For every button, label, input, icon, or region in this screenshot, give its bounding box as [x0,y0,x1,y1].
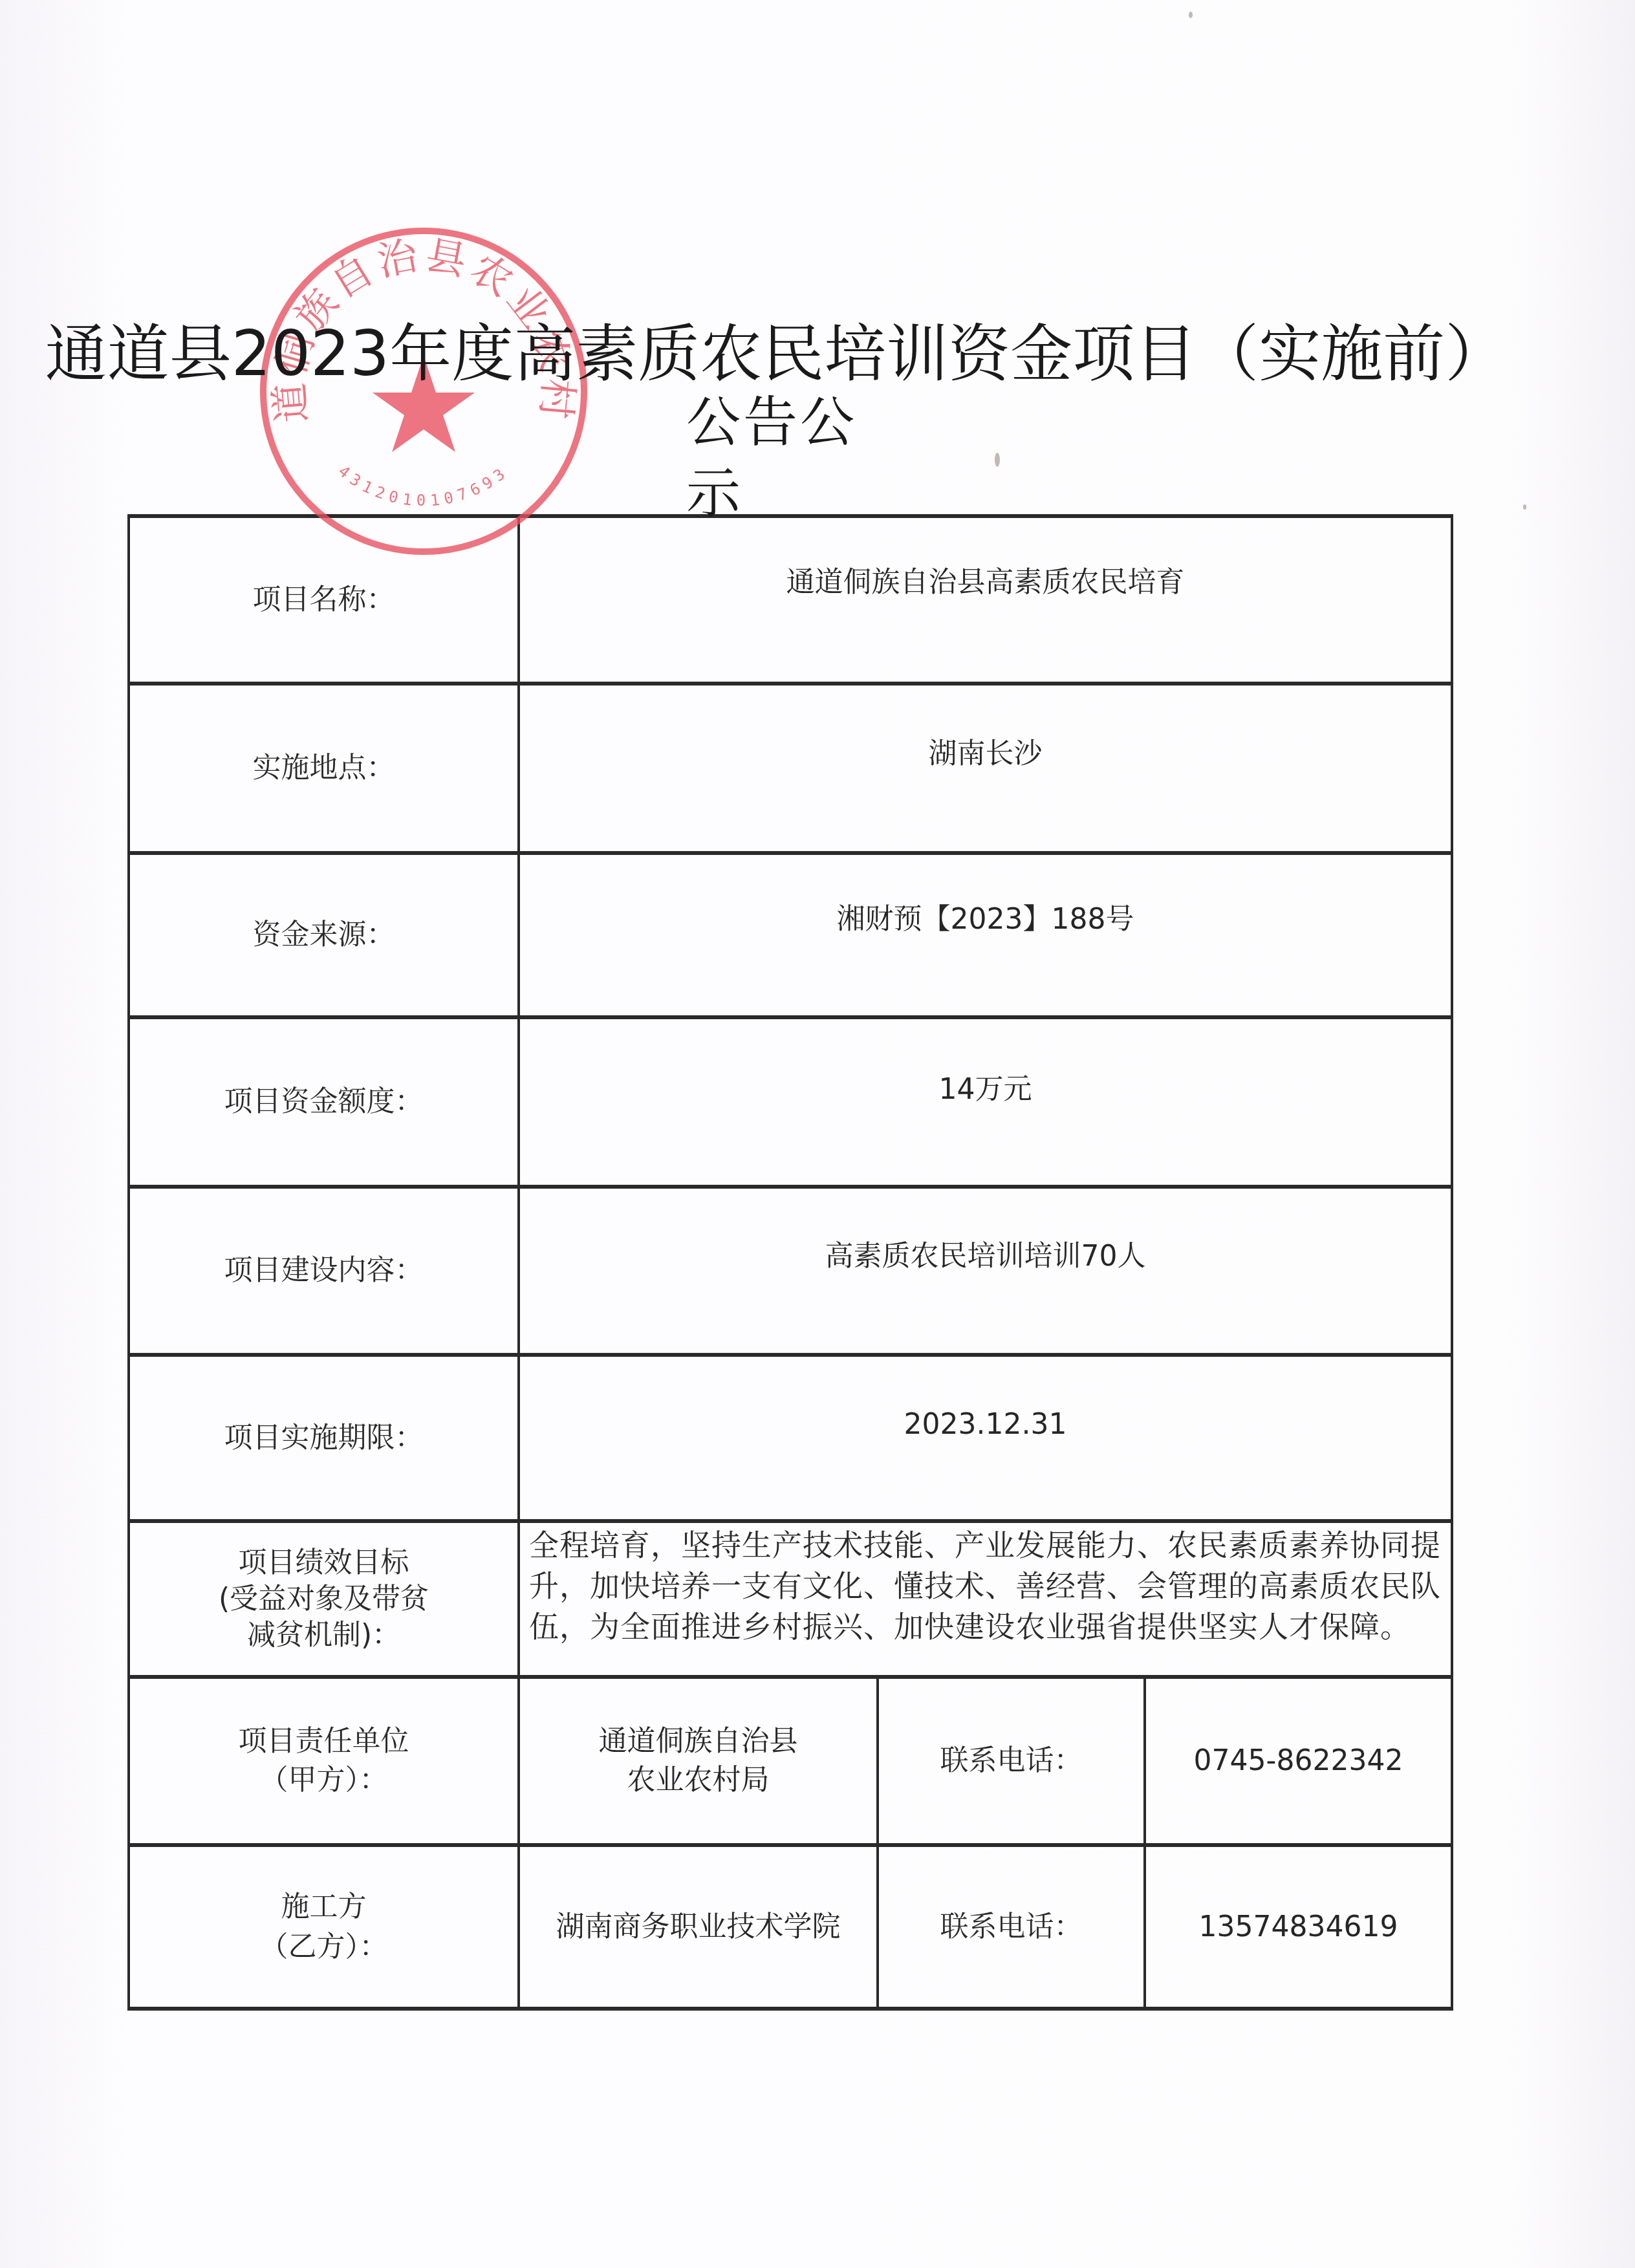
row-divider [127,682,1453,686]
table-border-left [127,514,130,2011]
document-title: 通道县2023年度高素质农民培训资金项目（实施前） [0,316,1552,392]
table-border-right [1451,514,1453,2011]
row-divider [127,1843,1453,1847]
column-divider [517,514,520,2011]
row-divider [127,1675,1453,1679]
column-divider [1143,1675,1146,2011]
row-divider [127,851,1453,855]
row-divider [127,1353,1453,1357]
row-divider [127,1185,1453,1189]
table-border-bottom [127,2007,1453,2011]
column-divider [876,1675,879,2011]
document-subtitle: 公告公示 [686,387,893,529]
row-divider [127,1015,1453,1019]
svg-text:4312010107693: 4312010107693 [335,462,513,510]
row-divider [127,1519,1453,1523]
